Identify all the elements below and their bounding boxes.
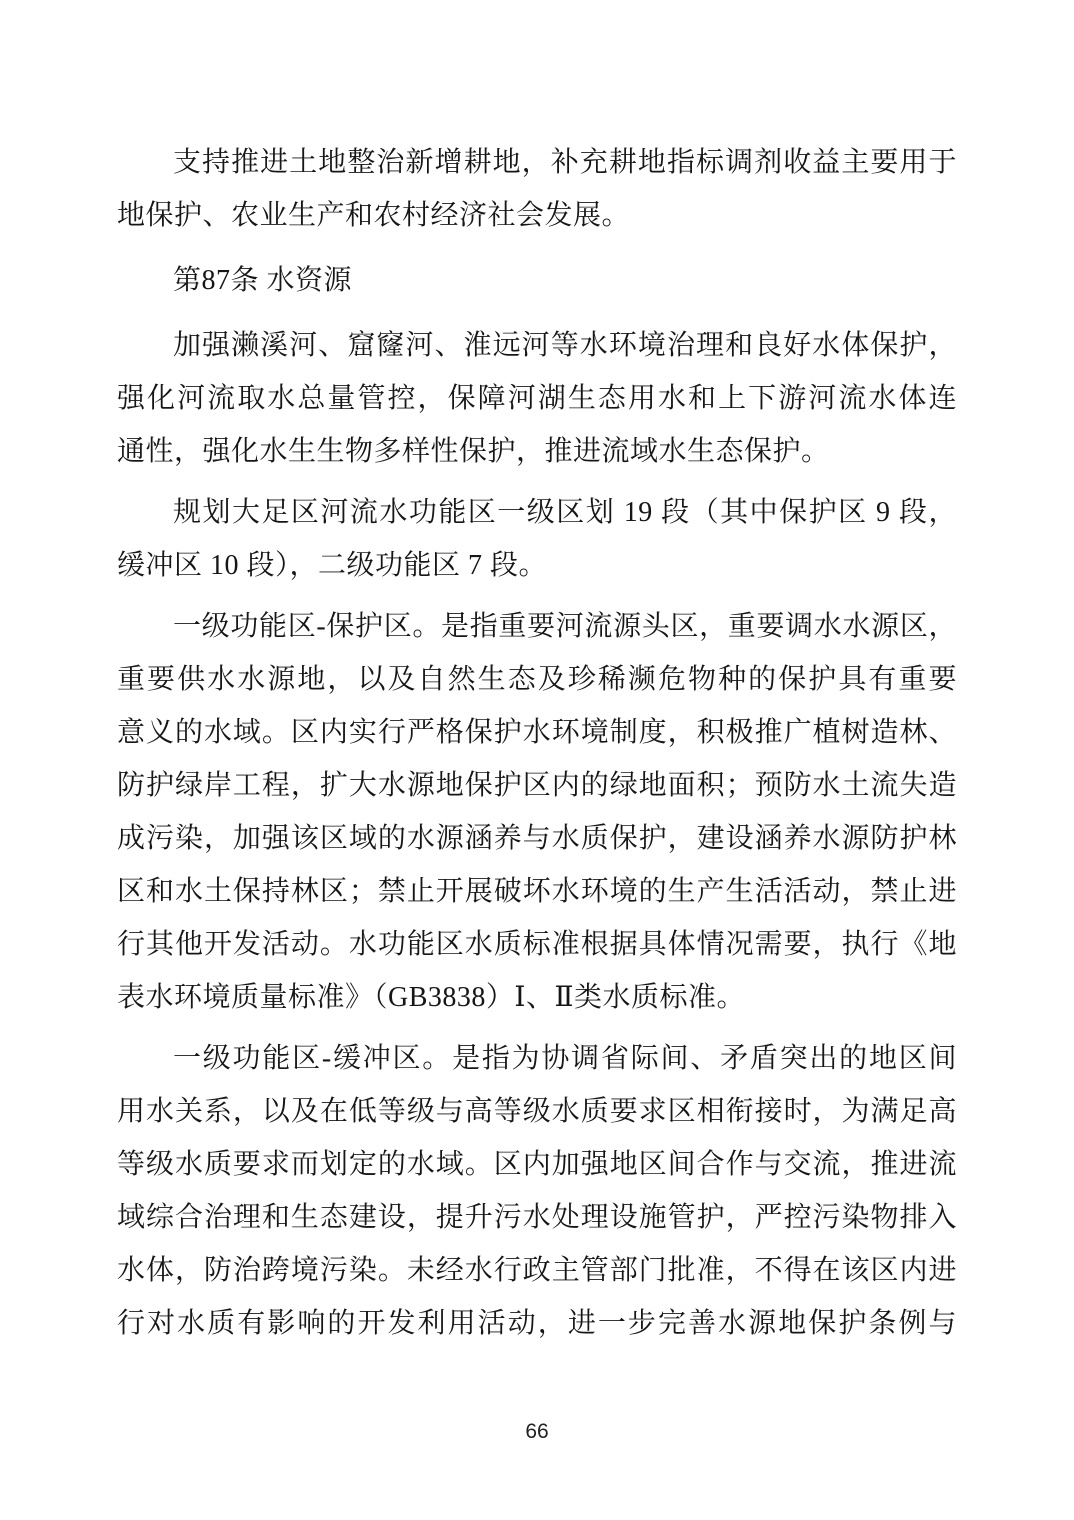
body-text-line: 加强濑溪河、窟窿河、淮远河等水环境治理和良好水体保护，	[117, 319, 957, 372]
paragraph: 一级功能区-保护区。是指重要河流源头区，重要调水水源区， 重要供水水源地，以及自…	[117, 600, 957, 1024]
page-number: 66	[0, 1420, 1074, 1444]
body-text-line: 成污染，加强该区域的水源涵养与水质保护，建设涵养水源防护林	[117, 812, 957, 865]
body-text-line: 地保护、农业生产和农村经济社会发展。	[117, 189, 957, 242]
body-text-line: 区和水土保持林区；禁止开展破坏水环境的生产生活活动，禁止进	[117, 865, 957, 918]
page-text-content: 支持推进土地整治新增耕地，补充耕地指标调剂收益主要用于耕 地保护、农业生产和农村…	[117, 136, 957, 1358]
body-text-line: 强化河流取水总量管控，保障河湖生态用水和上下游河流水体连	[117, 372, 957, 425]
body-text-line: 行其他开发活动。水功能区水质标准根据具体情况需要，执行《地	[117, 918, 957, 971]
body-text-line: 意义的水域。区内实行严格保护水环境制度，积极推广植树造林、	[117, 706, 957, 759]
paragraph: 加强濑溪河、窟窿河、淮远河等水环境治理和良好水体保护， 强化河流取水总量管控，保…	[117, 319, 957, 478]
body-text-line: 通性，强化水生生物多样性保护，推进流域水生态保护。	[117, 425, 957, 478]
body-text-line: 域综合治理和生态建设，提升污水处理设施管护，严控污染物排入	[117, 1191, 957, 1244]
body-text-line: 规划大足区河流水功能区一级区划 19 段（其中保护区 9 段，	[117, 486, 957, 539]
body-text-line: 等级水质要求而划定的水域。区内加强地区间合作与交流，推进流	[117, 1138, 957, 1191]
body-text-line: 支持推进土地整治新增耕地，补充耕地指标调剂收益主要用于耕	[117, 136, 957, 189]
document-page: 支持推进土地整治新增耕地，补充耕地指标调剂收益主要用于耕 地保护、农业生产和农村…	[0, 0, 1074, 1520]
body-text-line: 表水环境质量标准》（GB3838）Ⅰ、Ⅱ类水质标准。	[117, 971, 957, 1024]
body-text-line: 用水关系，以及在低等级与高等级水质要求区相衔接时，为满足高	[117, 1085, 957, 1138]
body-text-line: 行对水质有影响的开发利用活动，进一步完善水源地保护条例与	[117, 1297, 957, 1350]
body-text-line: 防护绿岸工程，扩大水源地保护区内的绿地面积；预防水土流失造	[117, 759, 957, 812]
body-text-line: 重要供水水源地，以及自然生态及珍稀濒危物种的保护具有重要	[117, 653, 957, 706]
paragraph: 一级功能区-缓冲区。是指为协调省际间、矛盾突出的地区间 用水关系，以及在低等级与…	[117, 1032, 957, 1350]
paragraph: 支持推进土地整治新增耕地，补充耕地指标调剂收益主要用于耕 地保护、农业生产和农村…	[117, 136, 957, 242]
body-text-line: 一级功能区-缓冲区。是指为协调省际间、矛盾突出的地区间	[117, 1032, 957, 1085]
section-heading: 第87条 水资源	[117, 254, 957, 307]
body-text-line: 缓冲区 10 段），二级功能区 7 段。	[117, 539, 957, 592]
body-text-line: 水体，防治跨境污染。未经水行政主管部门批准，不得在该区内进	[117, 1244, 957, 1297]
body-text-line: 一级功能区-保护区。是指重要河流源头区，重要调水水源区，	[117, 600, 957, 653]
paragraph: 规划大足区河流水功能区一级区划 19 段（其中保护区 9 段， 缓冲区 10 段…	[117, 486, 957, 592]
